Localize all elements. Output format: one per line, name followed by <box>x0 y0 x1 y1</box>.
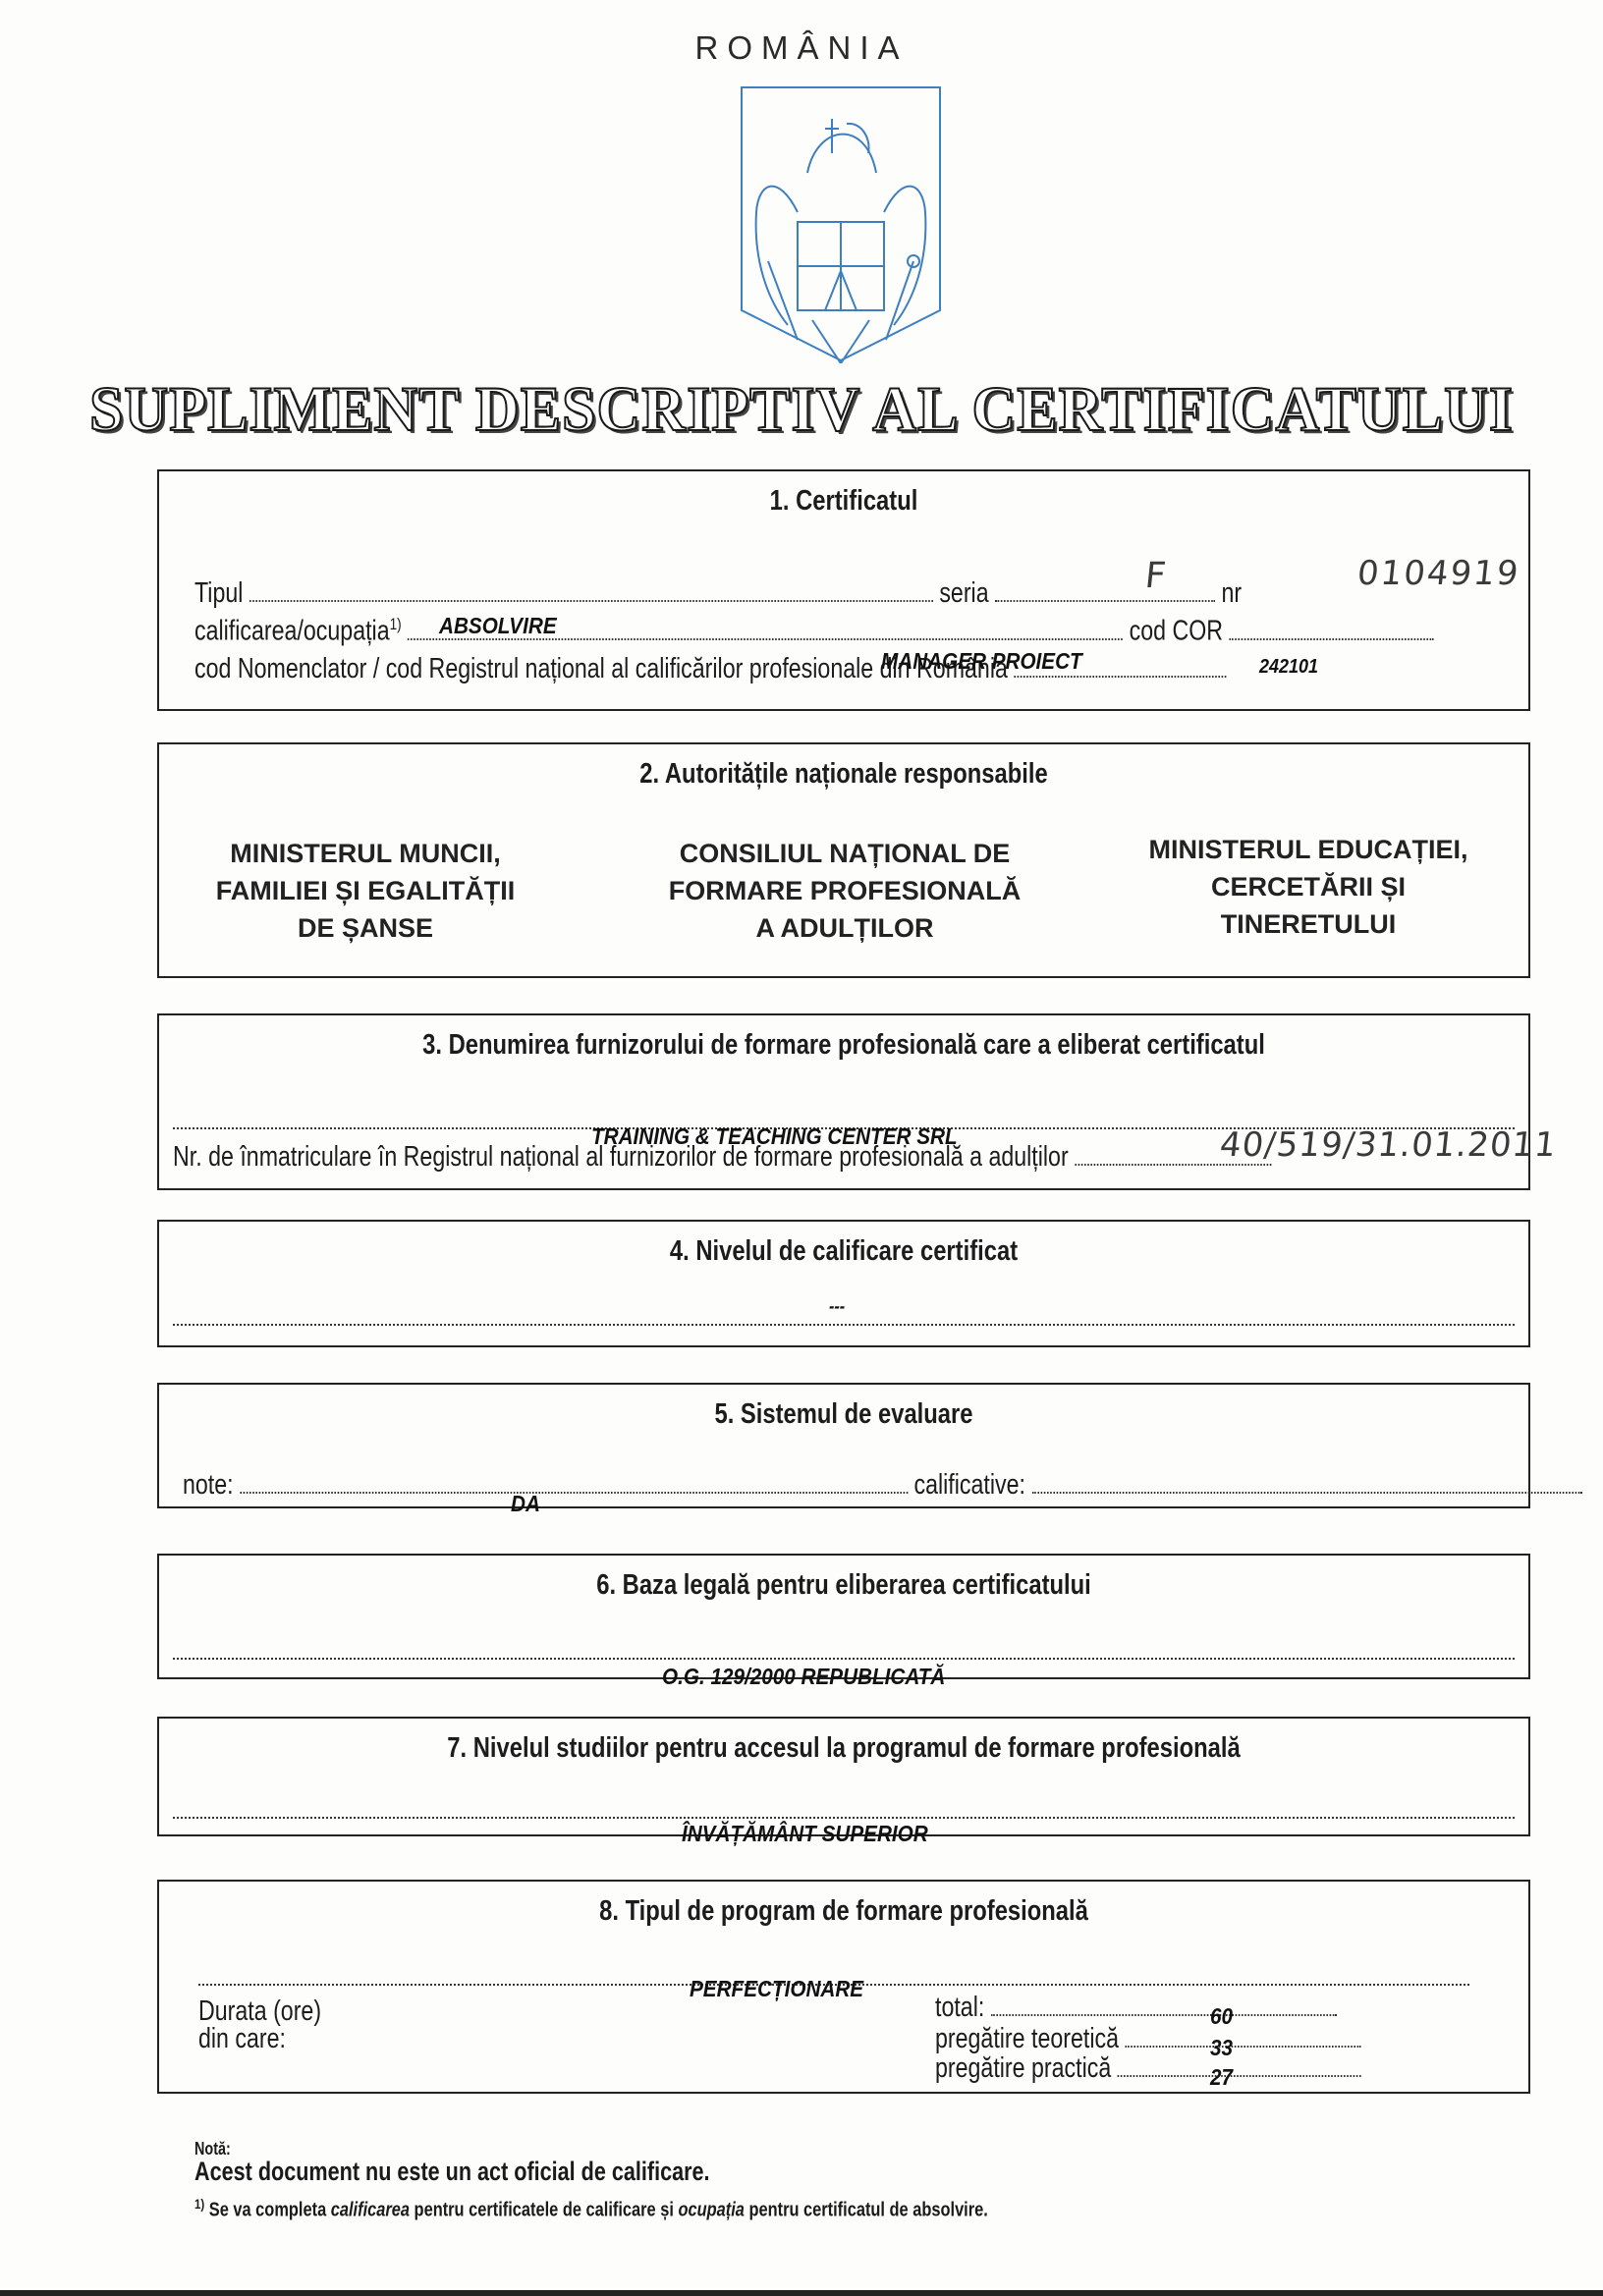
country-name: ROMÂNIA <box>0 29 1603 67</box>
document-title: SUPLIMENT DESCRIPTIV AL CERTIFICATULUI <box>0 373 1603 447</box>
calificative-label: calificative: <box>914 1469 1025 1501</box>
note-text: Acest document nu este un act oficial de… <box>194 2157 710 2187</box>
tipul-label: Tipul <box>194 577 243 609</box>
footnote: 1) Se va completa calificarea pentru cer… <box>194 2196 988 2222</box>
authority-education-ministry: MINISTERUL EDUCAȚIEI,CERCETĂRII ȘITINERE… <box>1102 831 1515 943</box>
authority-adult-training-council: CONSILIUL NAȚIONAL DEFORMARE PROFESIONAL… <box>638 835 1051 947</box>
practica-value[interactable]: 27 <box>1210 2064 1233 2091</box>
section-title: 1. Certificatul <box>282 485 1405 518</box>
cod-cor-label: cod COR <box>1130 616 1223 647</box>
calificarea-value[interactable]: ABSOLVIRE <box>439 613 557 639</box>
seria-value[interactable]: F <box>1143 556 1170 596</box>
registration-row: Nr. de înmatriculare în Registrul națion… <box>173 1141 1271 1174</box>
calificarea-row: calificarea/ocupația1) cod COR <box>194 615 1433 648</box>
footnote-marker: 1) <box>194 2196 204 2212</box>
coat-of-arms-icon <box>739 84 943 363</box>
section-program-type: 8. Tipul de program de formare profesion… <box>157 1880 1530 2094</box>
cod-nomenclator-value[interactable]: 242101 <box>1259 656 1318 679</box>
evaluation-row: note: calificative: <box>183 1469 1581 1502</box>
section-legal-basis: 6. Baza legală pentru eliberarea certifi… <box>157 1554 1530 1679</box>
note-label: note: <box>183 1469 234 1501</box>
registration-value[interactable]: 40/519/31.01.2011 <box>1218 1125 1559 1165</box>
section-title: 5. Sistemul de evaluare <box>282 1398 1405 1431</box>
footnote-marker: 1) <box>390 615 402 633</box>
section-evaluation: 5. Sistemul de evaluare note: calificati… <box>157 1383 1530 1508</box>
note-value[interactable]: DA <box>511 1491 540 1517</box>
scan-edge <box>0 2290 1603 2296</box>
section-title: 8. Tipul de program de formare profesion… <box>282 1895 1405 1928</box>
authority-labour-ministry: MINISTERUL MUNCII,FAMILIEI ȘI EGALITĂȚII… <box>159 835 572 947</box>
program-type-value[interactable]: PERFECȚIONARE <box>690 1976 863 2002</box>
teoretica-label: pregătire teoretică <box>935 2023 1119 2054</box>
seria-label: seria <box>939 577 988 609</box>
section-authorities: 2. Autoritățile naționale responsabile M… <box>157 742 1530 978</box>
section-qualification-level: 4. Nivelul de calificare certificat --- <box>157 1220 1530 1347</box>
practica-label: pregătire practică <box>935 2052 1111 2084</box>
nr-value[interactable]: 0104919 <box>1355 554 1522 593</box>
study-level-value[interactable]: ÎNVĂȚĂMÂNT SUPERIOR <box>682 1821 928 1847</box>
nr-label: nr <box>1222 577 1243 609</box>
total-label: total: <box>935 1992 984 2023</box>
section-provider: 3. Denumirea furnizorului de formare pro… <box>157 1013 1530 1190</box>
occupation-value[interactable]: MANAGER PROIECT <box>881 648 1082 675</box>
section-title: 4. Nivelul de calificare certificat <box>282 1235 1405 1268</box>
tipul-row: Tipul seria nr <box>194 577 1242 610</box>
total-row: total: <box>935 1992 1337 2024</box>
din-care-label: din care: <box>198 2023 286 2055</box>
section-title: 6. Baza legală pentru eliberarea certifi… <box>282 1569 1405 1602</box>
section-title: 2. Autoritățile naționale responsabile <box>282 758 1405 791</box>
legal-basis-value[interactable]: O.G. 129/2000 REPUBLICATĂ <box>662 1664 945 1690</box>
registration-label: Nr. de înmatriculare în Registrul națion… <box>173 1141 1069 1173</box>
section-certificate: 1. Certificatul Tipul seria nr F 0104919… <box>157 469 1530 711</box>
section-title: 3. Denumirea furnizorului de formare pro… <box>282 1029 1405 1062</box>
practica-row: pregătire practică <box>935 2052 1361 2085</box>
section-title: 7. Nivelul studiilor pentru accesul la p… <box>282 1732 1405 1765</box>
teoretica-row: pregătire teoretică <box>935 2023 1360 2055</box>
section-study-level: 7. Nivelul studiilor pentru accesul la p… <box>157 1717 1530 1836</box>
qualification-level-value[interactable]: --- <box>829 1296 845 1317</box>
calificarea-label: calificarea/ocupația <box>194 616 390 647</box>
